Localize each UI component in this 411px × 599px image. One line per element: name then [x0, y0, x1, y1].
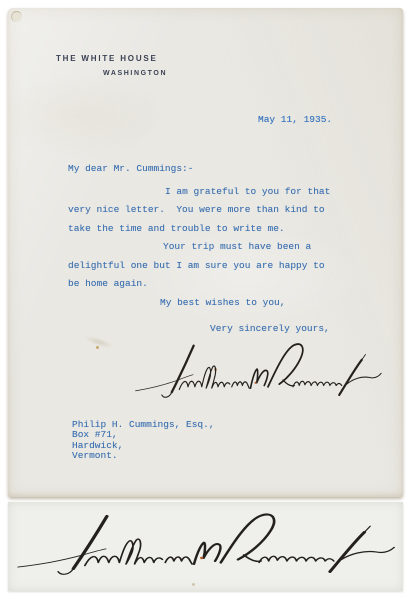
signature-ink-strokes [14, 511, 397, 583]
body-line: Your trip must have been a [163, 242, 311, 252]
letterhead-city: WASHINGTON [103, 70, 167, 77]
corner-fold-mark [11, 11, 22, 22]
letter-page: THE WHITE HOUSE WASHINGTON May 11, 1935.… [8, 8, 403, 497]
body-line: take the time and trouble to write me. [68, 224, 285, 234]
recipient-address-line: Vermont. [72, 451, 118, 461]
signature [133, 341, 383, 405]
body-line: delightful one but I am sure you are hap… [68, 261, 325, 271]
photo-stage: THE WHITE HOUSE WASHINGTON May 11, 1935.… [0, 0, 411, 599]
strip-speck [192, 583, 195, 586]
signature-closeup [14, 511, 397, 583]
salutation: My dear Mr. Cummings:- [68, 164, 193, 174]
body-line: very nice letter. You were more than kin… [68, 205, 325, 215]
recipient-address-line: Box #71, [72, 430, 118, 440]
body-line: be home again. [68, 279, 148, 289]
foxing-smudge [83, 334, 114, 351]
body-line: I am grateful to you for that [165, 187, 330, 197]
letterhead-title: THE WHITE HOUSE [56, 55, 158, 63]
signature-closeup-strip [8, 502, 403, 591]
signature-ink-strokes [133, 341, 383, 405]
foxing-spot [96, 346, 99, 349]
closing-line: Very sincerely yours, [210, 324, 330, 334]
date-line: May 11, 1935. [258, 115, 332, 125]
closing-line: My best wishes to you, [160, 298, 285, 308]
